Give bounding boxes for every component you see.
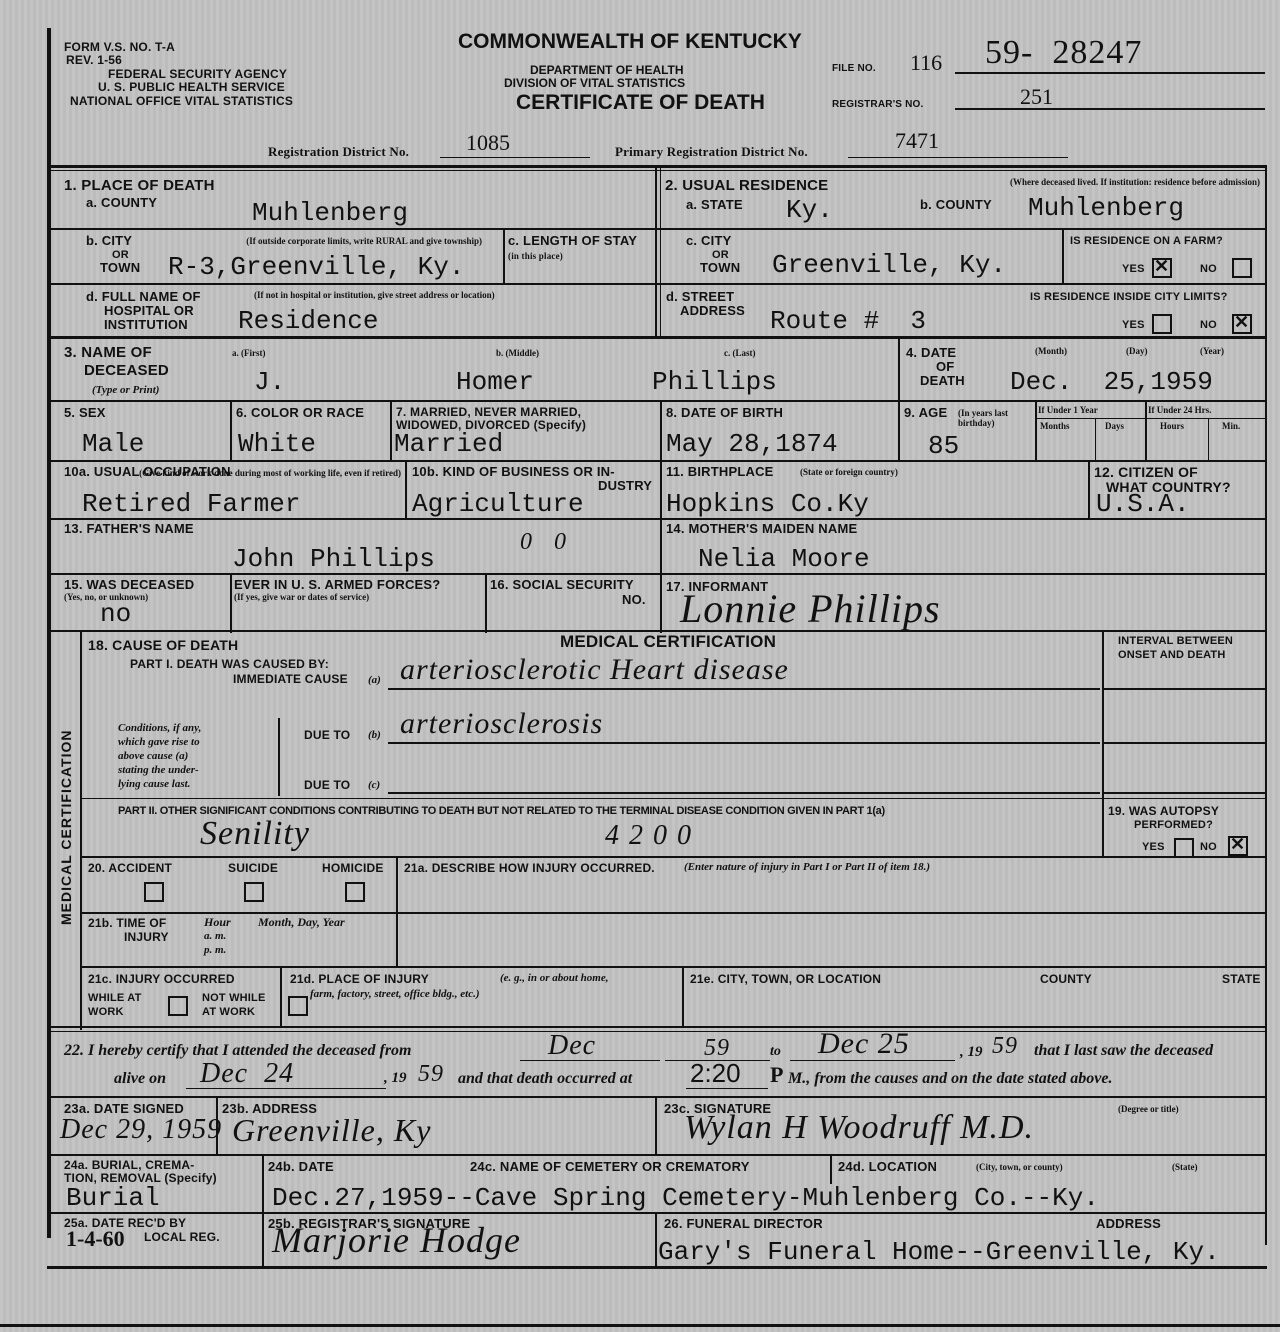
to-year-prefix: , 19 bbox=[960, 1046, 983, 1058]
burial-label-1: 24a. BURIAL, CREMA- bbox=[64, 1158, 194, 1172]
cemetery-label: 24c. NAME OF CEMETERY OR CREMATORY bbox=[470, 1160, 750, 1174]
farm-yes-label: YES bbox=[1122, 262, 1145, 276]
residence-county-label: b. COUNTY bbox=[920, 198, 992, 212]
business-label-1: 10b. KIND OF BUSINESS OR IN- bbox=[412, 465, 615, 479]
registrar-no-label: REGISTRAR'S NO. bbox=[832, 98, 924, 112]
location-label: 24d. LOCATION bbox=[838, 1160, 937, 1174]
name-label-3: (Type or Print) bbox=[92, 384, 159, 396]
birthplace-value: Hopkins Co.Ky bbox=[666, 490, 869, 518]
limits-no-label: NO bbox=[1200, 318, 1217, 332]
degree-label: (Degree or title) bbox=[1118, 1104, 1179, 1114]
due-to-b-label: DUE TO bbox=[304, 728, 350, 742]
injury-occurred-label: 21c. INJURY OCCURRED bbox=[88, 972, 235, 986]
business-label-2: DUSTRY bbox=[598, 479, 652, 493]
age-note: (In years last birthday) bbox=[958, 408, 1033, 428]
file-no-label: FILE NO. bbox=[832, 62, 876, 76]
residence-state-value: Ky. bbox=[786, 196, 833, 224]
marital-value: Married bbox=[394, 430, 503, 458]
limits-yes-label: YES bbox=[1122, 318, 1145, 332]
form-number: FORM V.S. NO. T-A bbox=[64, 40, 175, 54]
under-1-year-label: If Under 1 Year bbox=[1038, 405, 1098, 415]
registrar-no-value: 251 bbox=[1020, 84, 1053, 110]
funeral-director-value: Gary's Funeral Home--Greenville, Ky. bbox=[658, 1238, 1220, 1266]
first-name-value: J. bbox=[254, 368, 285, 396]
birthplace-note: (State or foreign country) bbox=[800, 467, 898, 477]
occupation-note: (Give kind of work done during most of w… bbox=[116, 468, 401, 478]
mother-label: 14. MOTHER'S MAIDEN NAME bbox=[666, 522, 857, 536]
attended-to-year: 59 bbox=[992, 1030, 1018, 1062]
hospital-label-3: INSTITUTION bbox=[104, 318, 188, 332]
death-city-note: (If outside corporate limits, write RURA… bbox=[152, 236, 482, 246]
min-label: Min. bbox=[1222, 421, 1240, 431]
limits-yes-checkbox[interactable] bbox=[1152, 314, 1172, 334]
file-no-value: 59- 28247 bbox=[985, 34, 1142, 72]
injury-county-label: COUNTY bbox=[1040, 972, 1092, 986]
division-title: DIVISION OF VITAL STATISTICS bbox=[504, 76, 685, 91]
conditions-note-2: which gave rise to bbox=[118, 736, 200, 748]
agency-line-1: FEDERAL SECURITY AGENCY bbox=[108, 67, 287, 81]
accident-checkbox[interactable] bbox=[144, 882, 164, 902]
time-of-injury-label-2: INJURY bbox=[124, 930, 169, 944]
dob-label: 8. DATE OF BIRTH bbox=[666, 406, 783, 420]
last-name-label: c. (Last) bbox=[724, 348, 756, 358]
dod-label-2: OF bbox=[936, 360, 954, 374]
hospital-label-1: d. FULL NAME OF bbox=[86, 290, 201, 304]
residence-city-value: Greenville, Ky. bbox=[772, 251, 1006, 279]
due-to-c-label: DUE TO bbox=[304, 778, 350, 792]
cause-c-marker: (c) bbox=[368, 779, 380, 791]
limits-no-checkbox[interactable] bbox=[1232, 314, 1252, 334]
agency-line-2: U. S. PUBLIC HEALTH SERVICE bbox=[98, 80, 285, 94]
certifier-address-value: Greenville, Ky bbox=[232, 1114, 431, 1146]
at-work-label-1: WHILE AT bbox=[88, 991, 142, 1005]
suicide-label: SUICIDE bbox=[228, 861, 278, 875]
name-label-1: 3. NAME OF bbox=[64, 346, 152, 360]
primary-district-value: 7471 bbox=[895, 128, 939, 154]
accident-label: 20. ACCIDENT bbox=[88, 861, 172, 875]
autopsy-label-2: PERFORMED? bbox=[1134, 818, 1213, 832]
dod-year-label: (Year) bbox=[1200, 346, 1224, 356]
autopsy-yes-label: YES bbox=[1142, 840, 1165, 854]
death-county-value: Muhlenberg bbox=[252, 199, 408, 227]
location-note: (City, town, or county) bbox=[976, 1162, 1063, 1172]
first-name-label: a. (First) bbox=[232, 348, 266, 358]
sex-label: 5. SEX bbox=[64, 406, 106, 420]
medical-certification-side-label: MEDICAL CERTIFICATION bbox=[58, 730, 74, 925]
bottom-edge bbox=[0, 1324, 1280, 1327]
time-am-label: a. m. bbox=[204, 930, 226, 942]
autopsy-no-checkbox[interactable] bbox=[1228, 836, 1248, 856]
injury-city-label: 21e. CITY, TOWN, OR LOCATION bbox=[690, 972, 881, 986]
street-label-2: ADDRESS bbox=[680, 304, 745, 318]
death-occurred-label: and that death occurred at bbox=[458, 1070, 632, 1088]
usual-residence-note: (Where deceased lived. If institution: r… bbox=[925, 177, 1260, 187]
not-at-work-label-2: AT WORK bbox=[202, 1005, 255, 1019]
informant-signature: Lonnie Phillips bbox=[680, 588, 941, 630]
middle-name-value: Homer bbox=[456, 368, 534, 396]
city-limits-question: IS RESIDENCE INSIDE CITY LIMITS? bbox=[1030, 290, 1228, 304]
location-state-note: (State) bbox=[1172, 1162, 1198, 1172]
autopsy-yes-checkbox[interactable] bbox=[1174, 838, 1194, 858]
armed-note-2: (If yes, give war or dates of service) bbox=[234, 592, 369, 602]
time-hour-label: Hour bbox=[204, 916, 231, 928]
certify-line-2-end: M., from the causes and on the date stat… bbox=[788, 1070, 1112, 1088]
father-label: 13. FATHER'S NAME bbox=[64, 522, 194, 536]
usual-residence-title: 2. USUAL RESIDENCE bbox=[665, 179, 828, 193]
cause-a-value: arteriosclerotic Heart disease bbox=[400, 654, 789, 686]
name-label-2: DECEASED bbox=[84, 364, 169, 378]
burial-value: Burial bbox=[66, 1184, 160, 1212]
form-left-border bbox=[47, 28, 51, 1238]
length-of-stay-label: c. LENGTH OF STAY (in this place) bbox=[508, 234, 653, 262]
place-of-injury-label: 21d. PLACE OF INJURY bbox=[290, 972, 429, 986]
dod-label-1: 4. DATE bbox=[906, 346, 956, 360]
to-label: to bbox=[770, 1046, 781, 1058]
conditions-note-4: stating the under- bbox=[118, 764, 199, 776]
occupation-value: Retired Farmer bbox=[82, 490, 300, 518]
time-of-injury-label-1: 21b. TIME OF bbox=[88, 916, 166, 930]
conditions-note-1: Conditions, if any, bbox=[118, 722, 201, 734]
immediate-cause-label: IMMEDIATE CAUSE bbox=[233, 672, 348, 686]
street-value: Route # 3 bbox=[770, 307, 926, 335]
dod-month-label: (Month) bbox=[1035, 346, 1067, 356]
cause-b-marker: (b) bbox=[368, 729, 381, 741]
at-work-label-2: WORK bbox=[88, 1005, 124, 1019]
dod-day-label: (Day) bbox=[1126, 346, 1148, 356]
homicide-checkbox[interactable] bbox=[345, 882, 365, 902]
alive-on-label: alive on bbox=[114, 1070, 166, 1088]
death-city-label-town: TOWN bbox=[100, 261, 140, 275]
interval-label-2: ONSET AND DEATH bbox=[1118, 648, 1226, 662]
date-received-label-2: LOCAL REG. bbox=[144, 1230, 220, 1244]
at-work-checkbox[interactable] bbox=[168, 996, 188, 1016]
ssn-label-2: NO. bbox=[622, 593, 646, 607]
not-at-work-label-1: NOT WHILE bbox=[202, 991, 266, 1005]
death-city-label: b. CITY bbox=[86, 234, 132, 248]
father-value: John Phillips bbox=[232, 545, 435, 573]
form-revision: REV. 1-56 bbox=[66, 53, 122, 67]
time-mdy-label: Month, Day, Year bbox=[258, 916, 345, 928]
medical-certification-title: MEDICAL CERTIFICATION bbox=[560, 635, 776, 649]
farm-no-checkbox[interactable] bbox=[1232, 258, 1252, 278]
place-of-death-title: 1. PLACE OF DEATH bbox=[64, 179, 215, 193]
alive-on-year: 59 bbox=[418, 1058, 444, 1090]
attended-from-value: Dec bbox=[548, 1030, 596, 1062]
cause-a-marker: (a) bbox=[368, 674, 381, 686]
farm-question: IS RESIDENCE ON A FARM? bbox=[1070, 234, 1223, 248]
farm-yes-checkbox[interactable] bbox=[1152, 258, 1172, 278]
part-2-code: 4200 bbox=[605, 820, 701, 852]
race-label: 6. COLOR OR RACE bbox=[236, 406, 364, 420]
file-no-prefix: 116 bbox=[910, 50, 942, 76]
dod-value: Dec. 25,1959 bbox=[1010, 368, 1213, 396]
hospital-value: Residence bbox=[238, 307, 378, 335]
citizen-label-1: 12. CITIZEN OF bbox=[1094, 465, 1198, 479]
death-certificate: FORM V.S. NO. T-A REV. 1-56 FEDERAL SECU… bbox=[0, 0, 1280, 1332]
certify-line-1-end: that I last saw the deceased bbox=[1034, 1042, 1213, 1060]
injury-state-label: STATE bbox=[1222, 972, 1261, 986]
armed-label-1: 15. WAS DECEASED bbox=[64, 578, 194, 592]
burial-date-label: 24b. DATE bbox=[268, 1160, 334, 1174]
marital-label-1: 7. MARRIED, NEVER MARRIED, bbox=[396, 405, 581, 419]
race-value: White bbox=[238, 430, 316, 458]
death-time-value: 2:20 bbox=[690, 1058, 741, 1089]
birthplace-label: 11. BIRTHPLACE bbox=[666, 465, 774, 479]
age-label: 9. AGE bbox=[904, 406, 947, 420]
place-of-injury-note-2: farm, factory, street, office bldg., etc… bbox=[310, 988, 480, 1000]
autopsy-no-label: NO bbox=[1200, 840, 1217, 854]
under-24-hrs-label: If Under 24 Hrs. bbox=[1148, 405, 1211, 415]
hospital-note: (If not in hospital or institution, give… bbox=[254, 290, 654, 300]
place-of-injury-note-1: (e. g., in or about home, bbox=[500, 972, 608, 984]
armed-label-2: EVER IN U. S. ARMED FORCES? bbox=[234, 578, 440, 592]
homicide-label: HOMICIDE bbox=[322, 861, 384, 875]
middle-name-label: b. (Middle) bbox=[496, 348, 539, 358]
part-1-label: PART I. DEATH WAS CAUSED BY: bbox=[130, 657, 329, 671]
mother-value: Nelia Moore bbox=[698, 545, 870, 573]
agency-line-3: NATIONAL OFFICE VITAL STATISTICS bbox=[70, 94, 293, 108]
suicide-checkbox[interactable] bbox=[244, 882, 264, 902]
part-2-value: Senility bbox=[200, 818, 310, 850]
death-county-label: a. COUNTY bbox=[86, 196, 157, 210]
dob-value: May 28,1874 bbox=[666, 430, 838, 458]
conditions-note-3: above cause (a) bbox=[118, 750, 188, 762]
days-label: Days bbox=[1105, 421, 1124, 431]
street-label-1: d. STREET bbox=[666, 290, 734, 304]
residence-city-label: c. CITY bbox=[686, 234, 731, 248]
certifier-signature: Wylan H Woodruff M.D. bbox=[684, 1112, 1034, 1144]
residence-state-label: a. STATE bbox=[686, 198, 743, 212]
hours-label: Hours bbox=[1160, 421, 1184, 431]
farm-no-label: NO bbox=[1200, 262, 1217, 276]
attended-to-value: Dec 25 bbox=[818, 1028, 910, 1060]
state-title: COMMONWEALTH OF KENTUCKY bbox=[458, 30, 802, 54]
date-signed-value: Dec 29, 1959 bbox=[60, 1114, 222, 1146]
age-value: 85 bbox=[928, 432, 959, 460]
citizen-value: U.S.A. bbox=[1096, 490, 1190, 518]
injury-how-label: 21a. DESCRIBE HOW INJURY OCCURRED. bbox=[404, 861, 655, 875]
funeral-address-label: ADDRESS bbox=[1096, 1217, 1161, 1231]
reg-district-label: Registration District No. bbox=[268, 145, 409, 159]
registrar-signature: Marjorie Hodge bbox=[272, 1224, 521, 1256]
alive-year-prefix: , 19 bbox=[384, 1072, 407, 1084]
not-at-work-checkbox[interactable] bbox=[288, 996, 308, 1016]
conditions-brace bbox=[272, 718, 280, 796]
reg-district-value: 1085 bbox=[466, 130, 510, 156]
ssn-label-1: 16. SOCIAL SECURITY bbox=[490, 578, 634, 592]
cause-of-death-label: 18. CAUSE OF DEATH bbox=[88, 638, 238, 652]
death-time-ampm: P bbox=[770, 1062, 783, 1088]
months-label: Months bbox=[1040, 421, 1070, 431]
death-city-value: R-3,Greenville, Ky. bbox=[168, 253, 464, 281]
time-pm-label: p. m. bbox=[204, 944, 226, 956]
residence-county-value: Muhlenberg bbox=[1028, 194, 1184, 222]
last-name-value: Phillips bbox=[652, 368, 777, 396]
autopsy-label-1: 19. WAS AUTOPSY bbox=[1108, 804, 1219, 818]
armed-forces-value: no bbox=[100, 600, 131, 628]
residence-city-label-town: TOWN bbox=[700, 261, 740, 275]
primary-district-label: Primary Registration District No. bbox=[615, 145, 808, 159]
conditions-note-5: lying cause last. bbox=[118, 778, 190, 790]
hospital-label-2: HOSPITAL OR bbox=[104, 304, 194, 318]
sex-value: Male bbox=[82, 430, 144, 458]
alive-on-value: Dec 24 bbox=[200, 1058, 294, 1090]
date-received-value: 1-4-60 bbox=[66, 1226, 125, 1252]
cause-b-value: arteriosclerosis bbox=[400, 708, 603, 740]
interval-label-1: INTERVAL BETWEEN bbox=[1118, 634, 1233, 648]
burial-date-cemetery-location: Dec.27,1959--Cave Spring Cemetery-Muhlen… bbox=[272, 1184, 1099, 1212]
funeral-director-label: 26. FUNERAL DIRECTOR bbox=[664, 1217, 823, 1231]
injury-how-note: (Enter nature of injury in Part I or Par… bbox=[684, 861, 930, 873]
certificate-title: CERTIFICATE OF DEATH bbox=[516, 91, 765, 115]
dod-label-3: DEATH bbox=[920, 374, 965, 388]
business-value: Agriculture bbox=[412, 490, 584, 518]
father-code: 0 0 bbox=[520, 526, 574, 558]
